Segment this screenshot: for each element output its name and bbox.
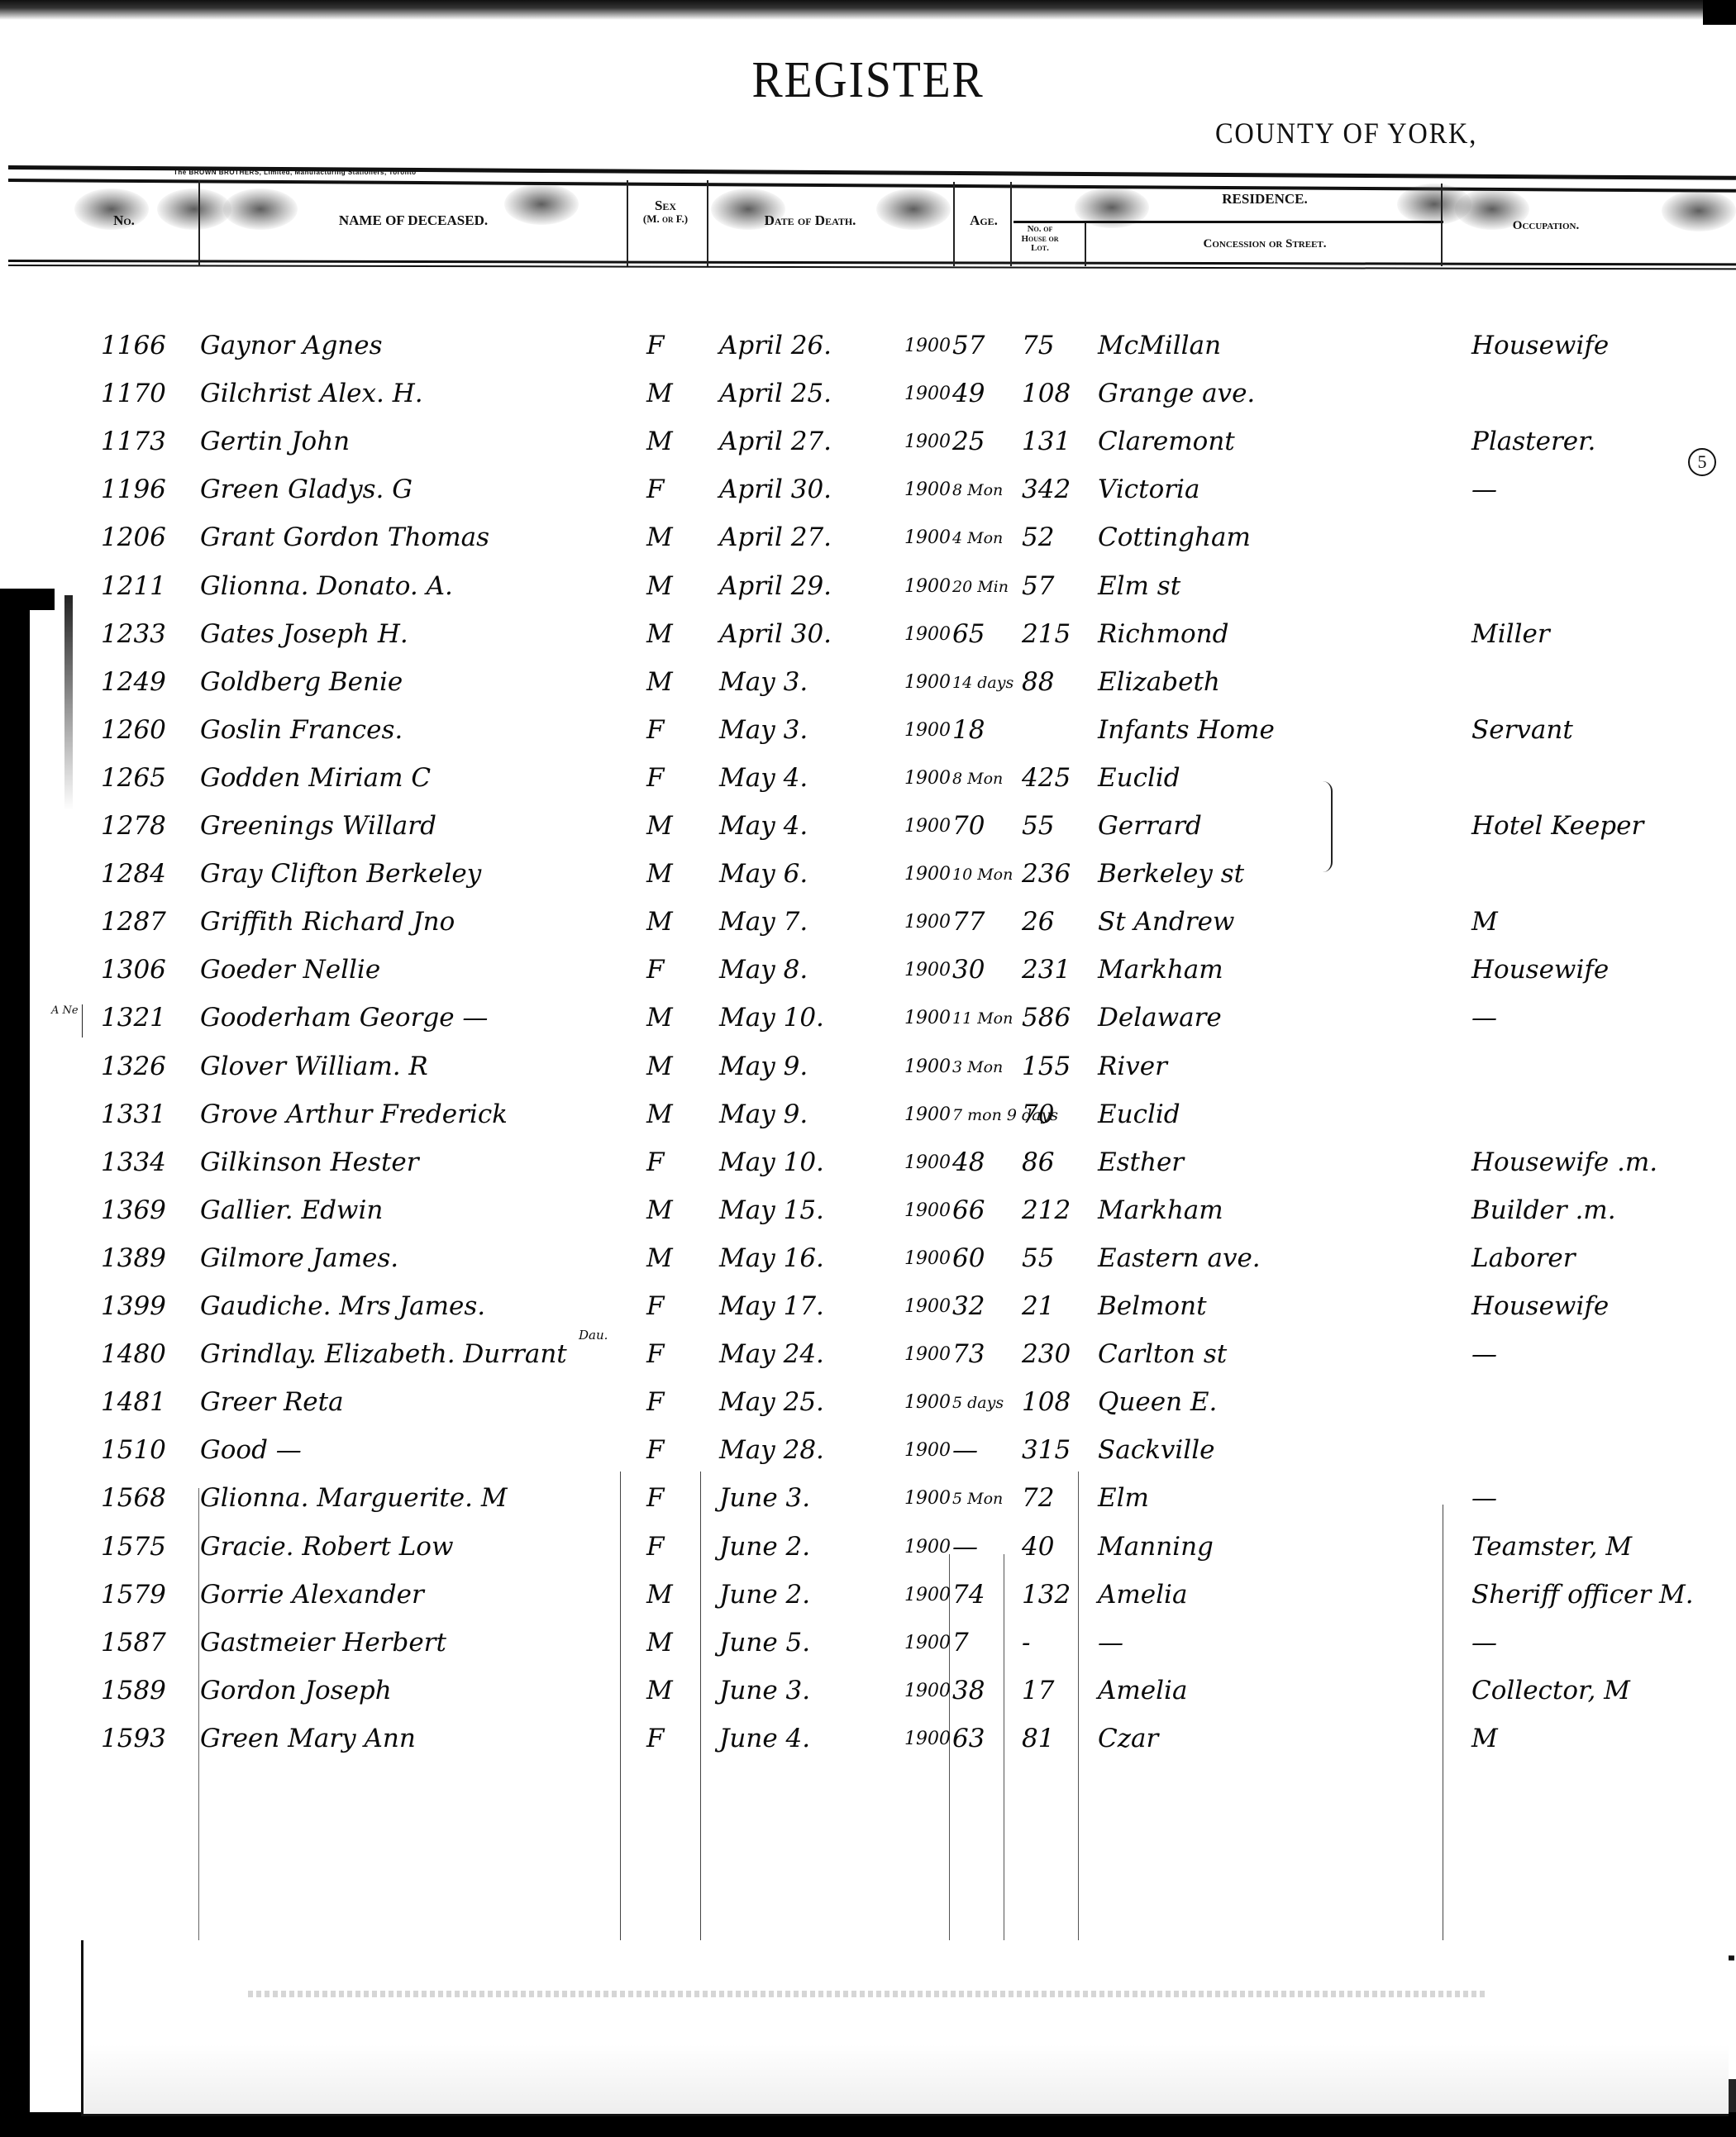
year-of-death: 1900 [904,1488,951,1509]
age: 32 [952,1291,985,1321]
deceased-name: Good — [200,1435,302,1465]
age: — [952,1435,978,1465]
date-of-death: April 27. [719,522,832,552]
date-of-death: May 6. [719,859,808,889]
street: Elm [1098,1483,1149,1513]
age: 70 [952,811,985,841]
deceased-name: Gordon Joseph [200,1676,392,1705]
register-row: 1211Glionna. Donato. A.MApril 29.190020 … [0,571,1736,621]
sex: M [646,522,673,552]
year-of-death: 1900 [904,624,951,645]
age: 48 [952,1147,985,1177]
year-of-death: 1900 [904,960,951,980]
street: Euclid [1098,1100,1180,1129]
house-number: 215 [1022,619,1071,649]
year-of-death: 1900 [904,1392,951,1413]
date-of-death: May 25. [719,1387,824,1417]
deceased-name: Grant Gordon Thomas [200,522,489,552]
register-row: 1265Godden Miriam CFMay 4.19008 Mon425Eu… [0,763,1736,813]
year-of-death: 1900 [904,1057,951,1077]
street: Grange ave. [1098,379,1255,408]
register-row: 1510Good —FMay 28.1900—315Sackville [0,1435,1736,1485]
deceased-name: Grove Arthur Frederick [200,1100,508,1129]
age: 49 [952,379,985,408]
entry-number: 1593 [101,1724,166,1753]
column-line [1085,223,1086,266]
year-of-death: 1900 [904,720,951,741]
age: 4 Mon [952,529,1003,547]
header-occupation: Occupation. [1463,220,1629,233]
occupation: Teamster, M [1471,1532,1632,1562]
deceased-name: Gilkinson Hester [200,1147,419,1177]
house-number: 17 [1022,1676,1054,1705]
year-of-death: 1900 [904,1440,951,1461]
house-number: 21 [1022,1291,1054,1321]
year-of-death: 1900 [904,479,951,500]
house-number: 342 [1022,475,1071,504]
date-of-death: April 29. [719,571,832,601]
year-of-death: 1900 [904,1104,951,1125]
sex: F [646,715,665,745]
year-of-death: 1900 [904,384,951,404]
sex: M [646,1628,673,1658]
deceased-name: Gray Clifton Berkeley [200,859,481,889]
deceased-name: Gertin John [200,427,350,456]
register-row: 1173Gertin JohnMApril 27.190025131Clarem… [0,427,1736,476]
house-number: 231 [1022,955,1071,985]
street: Queen E. [1098,1387,1217,1417]
date-of-death: April 25. [719,379,832,408]
deceased-name: Gaynor Agnes [200,331,383,360]
year-of-death: 1900 [904,1633,951,1653]
bracket-mark [1323,781,1333,872]
scan-smudge [1662,190,1736,231]
header-sex-sub: (M. or F.) [628,213,703,225]
sex: M [646,1052,673,1081]
year-of-death: 1900 [904,864,951,885]
sex: M [646,427,673,456]
age: 10 Mon [952,866,1013,884]
age: 30 [952,955,985,985]
date-of-death: May 3. [719,667,808,697]
entry-number: 1579 [101,1580,166,1610]
street: River [1098,1052,1167,1081]
deceased-name: Goldberg Benie [200,667,403,697]
date-of-death: May 9. [719,1052,808,1081]
street: — [1098,1628,1123,1658]
street: Victoria [1098,475,1199,504]
register-title: REGISTER [87,51,1649,110]
occupation: Laborer [1471,1243,1576,1273]
deceased-name: Gates Joseph H. [200,619,408,649]
deceased-name: Gooderham George — [200,1003,488,1033]
register-row: 1593Green Mary AnnFJune 4.19006381CzarM [0,1724,1736,1773]
date-of-death: May 15. [719,1195,824,1225]
entry-number: 1306 [101,955,166,985]
header-residence: RESIDENCE. [1141,192,1389,207]
register-row: 1287Griffith Richard JnoMMay 7.19007726S… [0,907,1736,956]
entry-number: 1331 [101,1100,166,1129]
house-number: 212 [1022,1195,1071,1225]
age: 66 [952,1195,985,1225]
entry-number: 1196 [101,475,166,504]
street: Infants Home [1098,715,1275,745]
age: 57 [952,331,985,360]
age: 20 Min [952,578,1009,596]
register-row: 1170Gilchrist Alex. H.MApril 25.19004910… [0,379,1736,428]
deceased-name: Goeder Nellie [200,955,380,985]
date-of-death: May 4. [719,811,808,841]
sex: M [646,811,673,841]
date-of-death: May 24. [719,1339,824,1369]
street: Belmont [1098,1291,1207,1321]
house-number: 131 [1022,427,1071,456]
house-number: 236 [1022,859,1071,889]
street: Berkeley st [1098,859,1244,889]
date-of-death: May 10. [719,1147,824,1177]
age: 5 Mon [952,1490,1003,1508]
sex: M [646,667,673,697]
house-number: 108 [1022,1387,1071,1417]
year-of-death: 1900 [904,672,951,693]
street: Amelia [1098,1580,1187,1610]
register-row: 1579Gorrie AlexanderMJune 2.190074132Ame… [0,1580,1736,1629]
street: Sackville [1098,1435,1214,1465]
deceased-name: Gilmore James. [200,1243,398,1273]
year-of-death: 1900 [904,1681,951,1701]
register-row: 1206Grant Gordon ThomasMApril 27.19004 M… [0,522,1736,572]
house-number: 86 [1022,1147,1054,1177]
street: Manning [1098,1532,1214,1562]
date-of-death: June 3. [719,1676,810,1705]
age: 5 days [952,1394,1004,1412]
occupation: Builder .m. [1471,1195,1616,1225]
deceased-name: Gaudiche. Mrs James. [200,1291,485,1321]
age: 60 [952,1243,985,1273]
house-number: 40 [1022,1532,1054,1562]
scan-corner [1703,0,1736,25]
register-row: 1260Goslin Frances.FMay 3.190018Infants … [0,715,1736,765]
street: Euclid [1098,763,1180,793]
year-of-death: 1900 [904,576,951,597]
house-number: 70 [1022,1100,1054,1129]
county-heading: COUNTY OF YORK, [1215,116,1477,150]
age: 77 [952,907,985,937]
entry-number: 1211 [101,571,166,601]
age: 7 [952,1628,969,1658]
age: 14 days [952,674,1013,692]
street: St Andrew [1098,907,1234,937]
column-line [953,182,955,266]
deceased-name: Green Gladys. G [200,475,413,504]
deceased-name: Gilchrist Alex. H. [200,379,423,408]
header-name: NAME OF DECEASED. [273,213,554,228]
street: McMillan [1098,331,1221,360]
header-house: No. of House or Lot. [1017,225,1063,254]
sex: F [646,331,665,360]
register-row: 1568Glionna. Marguerite. MFJune 3.19005 … [0,1483,1736,1533]
year-of-death: 1900 [904,1248,951,1269]
street: Esther [1098,1147,1184,1177]
house-number: 52 [1022,522,1054,552]
street: Markham [1098,955,1223,985]
entry-number: 1510 [101,1435,166,1465]
year-of-death: 1900 [904,768,951,789]
date-of-death: May 9. [719,1100,808,1129]
deceased-name: Grindlay. Elizabeth. Durrant [200,1339,567,1369]
house-number: 26 [1022,907,1054,937]
street: Amelia [1098,1676,1187,1705]
street: Gerrard [1098,811,1202,841]
register-row: 1480Grindlay. Elizabeth. DurrantFMay 24.… [0,1339,1736,1389]
deceased-name: Gorrie Alexander [200,1580,424,1610]
deceased-name: Griffith Richard Jno [200,907,455,937]
entry-number: 1170 [101,379,166,408]
house-number: 230 [1022,1339,1071,1369]
column-line [627,180,628,266]
occupation: Servant [1471,715,1573,745]
occupation: Miller [1471,619,1550,649]
deceased-name: Gallier. Edwin [200,1195,383,1225]
house-number: 75 [1022,331,1054,360]
entry-number: 1369 [101,1195,166,1225]
register-row: 1326Glover William. RMMay 9.19003 Mon155… [0,1052,1736,1101]
house-number: 586 [1022,1003,1071,1033]
sex: M [646,1580,673,1610]
street: Eastern ave. [1098,1243,1261,1273]
entry-number: 1321 [101,1003,166,1033]
date-of-death: June 2. [719,1532,810,1562]
year-of-death: 1900 [904,816,951,837]
year-of-death: 1900 [904,1585,951,1605]
street: Markham [1098,1195,1223,1225]
deceased-name: Godden Miriam C [200,763,431,793]
age: 11 Mon [952,1009,1013,1028]
street: Czar [1098,1724,1158,1753]
occupation: Hotel Keeper [1471,811,1643,841]
entry-number: 1480 [101,1339,166,1369]
year-of-death: 1900 [904,1008,951,1028]
sex: F [646,955,665,985]
age: 63 [952,1724,985,1753]
margin-note: A Ne [51,1004,83,1037]
register-row: 1331Grove Arthur FrederickMMay 9.19007 m… [0,1100,1736,1149]
house-number: 155 [1022,1052,1071,1081]
column-line [198,180,200,266]
residence-divider [1013,221,1443,223]
house-number: 425 [1022,763,1071,793]
date-of-death: May 3. [719,715,808,745]
column-line [1010,182,1012,266]
register-row: 1249Goldberg BenieMMay 3.190014 days88El… [0,667,1736,717]
footer-faint-print [248,1991,1488,1997]
street: Cottingham [1098,522,1251,552]
date-of-death: April 27. [719,427,832,456]
entry-number: 1587 [101,1628,166,1658]
street: Claremont [1098,427,1235,456]
publisher-imprint: The BROWN BROTHERS, Limited, Manufacturi… [174,169,417,176]
date-of-death: May 8. [719,955,808,985]
deceased-name: Green Mary Ann [200,1724,416,1753]
circled-mark: 5 [1688,448,1716,476]
entry-number: 1278 [101,811,166,841]
house-number: 315 [1022,1435,1071,1465]
header-rule-4 [8,265,1736,270]
entry-number: 1260 [101,715,166,745]
entry-number: 1265 [101,763,166,793]
entry-number: 1399 [101,1291,166,1321]
footer-area [81,1940,1729,2116]
date-of-death: June 4. [719,1724,810,1753]
register-row: 1284Gray Clifton BerkeleyMMay 6.190010 M… [0,859,1736,909]
house-number: 81 [1022,1724,1054,1753]
age: 65 [952,619,985,649]
sex: F [646,1147,665,1177]
sex: F [646,1387,665,1417]
year-of-death: 1900 [904,1344,951,1365]
occupation: Sheriff officer M. [1471,1580,1694,1610]
sex: M [646,1100,673,1129]
column-line [707,180,708,266]
house-number: 132 [1022,1580,1071,1610]
house-number: 88 [1022,667,1054,697]
sex: F [646,1532,665,1562]
year-of-death: 1900 [904,432,951,452]
occupation: Collector, M [1471,1676,1630,1705]
sex: M [646,907,673,937]
age: 8 Mon [952,770,1003,788]
house-number: 55 [1022,1243,1054,1273]
year-of-death: 1900 [904,336,951,356]
date-of-death: May 4. [719,763,808,793]
register-row: 1321Gooderham George —MMay 10.190011 Mon… [0,1003,1736,1052]
entry-number: 1389 [101,1243,166,1273]
occupation: — [1471,1628,1497,1658]
deceased-name: Glionna. Marguerite. M [200,1483,508,1513]
deceased-name: Goslin Frances. [200,715,403,745]
header-sex-label: Sex [628,198,703,213]
age: 73 [952,1339,985,1369]
sex: M [646,619,673,649]
date-of-death: June 2. [719,1580,810,1610]
year-of-death: 1900 [904,1200,951,1221]
register-row: 1481Greer RetaFMay 25.19005 days108Queen… [0,1387,1736,1437]
date-of-death: April 26. [719,331,832,360]
year-of-death: 1900 [904,1152,951,1173]
deceased-name: Gastmeier Herbert [200,1628,446,1658]
entry-number: 1233 [101,619,166,649]
entry-number: 1206 [101,522,166,552]
age: — [952,1532,978,1562]
register-row: 1575Gracie. Robert LowFJune 2.1900—40Man… [0,1532,1736,1581]
year-of-death: 1900 [904,912,951,933]
age: 18 [952,715,985,745]
age: 25 [952,427,985,456]
entry-number: 1334 [101,1147,166,1177]
date-of-death: June 3. [719,1483,810,1513]
street: Richmond [1098,619,1228,649]
register-row: 1166Gaynor AgnesFApril 26.19005775McMill… [0,331,1736,380]
sex: F [646,1291,665,1321]
house-number: 72 [1022,1483,1054,1513]
scan-top-edge [0,0,1736,20]
register-row: 1587Gastmeier HerbertMJune 5.19007-—— [0,1628,1736,1677]
header-street: Concession or Street. [1091,238,1438,251]
year-of-death: 1900 [904,527,951,548]
register-row: 1278Greenings WillardMMay 4.19007055Gerr… [0,811,1736,861]
date-of-death: May 7. [719,907,808,937]
occupation: M [1471,907,1498,937]
register-row: 1196Green Gladys. GFApril 30.19008 Mon34… [0,475,1736,524]
deceased-name: Gracie. Robert Low [200,1532,454,1562]
occupation: — [1471,475,1497,504]
entry-number: 1326 [101,1052,166,1081]
register-row: 1369Gallier. EdwinMMay 15.190066212Markh… [0,1195,1736,1245]
date-of-death: May 10. [719,1003,824,1033]
street: Elm st [1098,571,1180,601]
sex: F [646,1435,665,1465]
occupation: Housewife [1471,331,1609,360]
year-of-death: 1900 [904,1537,951,1557]
sex: M [646,1243,673,1273]
sex: M [646,571,673,601]
sex: F [646,1339,665,1369]
register-row: 1399Gaudiche. Mrs James.FMay 17.19003221… [0,1291,1736,1341]
date-of-death: April 30. [719,619,832,649]
entry-number: 1166 [101,331,166,360]
deceased-name: Glover William. R [200,1052,428,1081]
date-of-death: June 5. [719,1628,810,1658]
entry-number: 1589 [101,1676,166,1705]
occupation: — [1471,1339,1497,1369]
house-number: 108 [1022,379,1071,408]
sex: F [646,475,665,504]
entry-number: 1173 [101,427,166,456]
age: 3 Mon [952,1058,1003,1076]
year-of-death: 1900 [904,1729,951,1749]
date-of-death: May 16. [719,1243,824,1273]
entry-number: 1249 [101,667,166,697]
entry-number: 1575 [101,1532,166,1562]
name-annotation: Dau. [579,1328,608,1343]
year-of-death: 1900 [904,1296,951,1317]
house-number: 57 [1022,571,1054,601]
house-number: 55 [1022,811,1054,841]
sex: F [646,763,665,793]
entry-number: 1481 [101,1387,166,1417]
header-sex: Sex (M. or F.) [628,198,703,224]
sex: M [646,379,673,408]
occupation: Housewife [1471,955,1609,985]
age: 38 [952,1676,985,1705]
entry-number: 1287 [101,907,166,937]
date-of-death: April 30. [719,475,832,504]
column-line [1441,184,1443,266]
age: 8 Mon [952,481,1003,499]
sex: M [646,1003,673,1033]
scan-smudge [157,188,231,230]
deceased-name: Greenings Willard [200,811,436,841]
street: Elizabeth [1098,667,1220,697]
house-number: - [1022,1628,1030,1658]
register-row: 1233Gates Joseph H.MApril 30.190065215Ri… [0,619,1736,669]
entry-number: 1284 [101,859,166,889]
header-no: No. [99,213,149,228]
sex: M [646,859,673,889]
occupation: Plasterer. [1471,427,1595,456]
occupation: — [1471,1003,1497,1033]
occupation: — [1471,1483,1497,1513]
